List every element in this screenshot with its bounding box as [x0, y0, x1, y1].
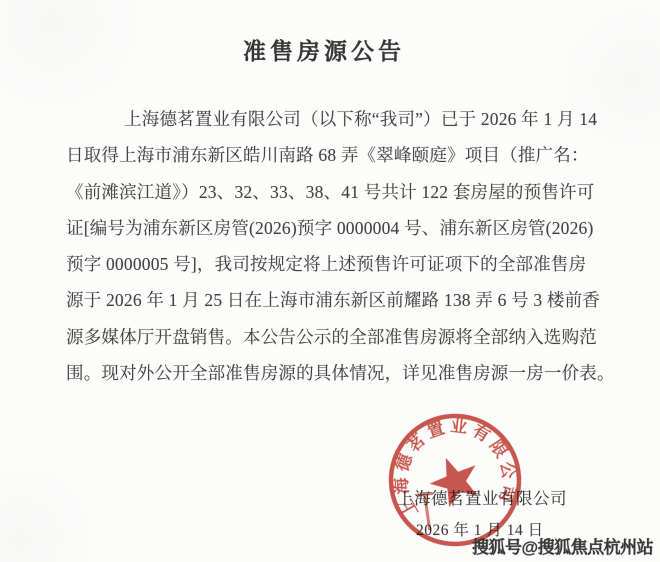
watermark-sohu: 搜狐号@搜狐焦点杭州站	[472, 533, 653, 558]
body-line: 围。现对外公开全部准售房源的具体情况，详见准售房源一房一价表。	[66, 355, 582, 391]
announcement-body: 上海德茗置业有限公司（以下称“我司”）已于 2026 年 1 月 14 日取得上…	[66, 101, 582, 391]
body-line: 预字 0000005 号]，我司按规定将上述预售许可证项下的全部准售房	[66, 246, 582, 282]
document-page: 准售房源公告 上海德茗置业有限公司（以下称“我司”）已于 2026 年 1 月 …	[0, 0, 660, 562]
seal-mark	[417, 493, 438, 531]
body-line: 《前滩滨江道》）23、32、33、38、41 号共计 122 套房屋的预售许可	[66, 174, 582, 210]
seal-star-icon	[423, 449, 486, 511]
body-line: 证[编号为浦东新区房管(2026)预字 0000004 号、浦东新区房管(202…	[66, 210, 582, 246]
body-line: 源多媒体厅开盘销售。本公告公示的全部准售房源将全部纳入选购范	[66, 319, 582, 355]
document-title: 准售房源公告	[0, 33, 648, 66]
body-line: 日取得上海市浦东新区皓川南路 68 弄《翠峰颐庭》项目（推广名：	[66, 137, 582, 173]
body-line: 上海德茗置业有限公司（以下称“我司”）已于 2026 年 1 月 14	[66, 101, 582, 137]
body-line: 源于 2026 年 1 月 25 日在上海市浦东新区前耀路 138 弄 6 号 …	[66, 282, 582, 318]
